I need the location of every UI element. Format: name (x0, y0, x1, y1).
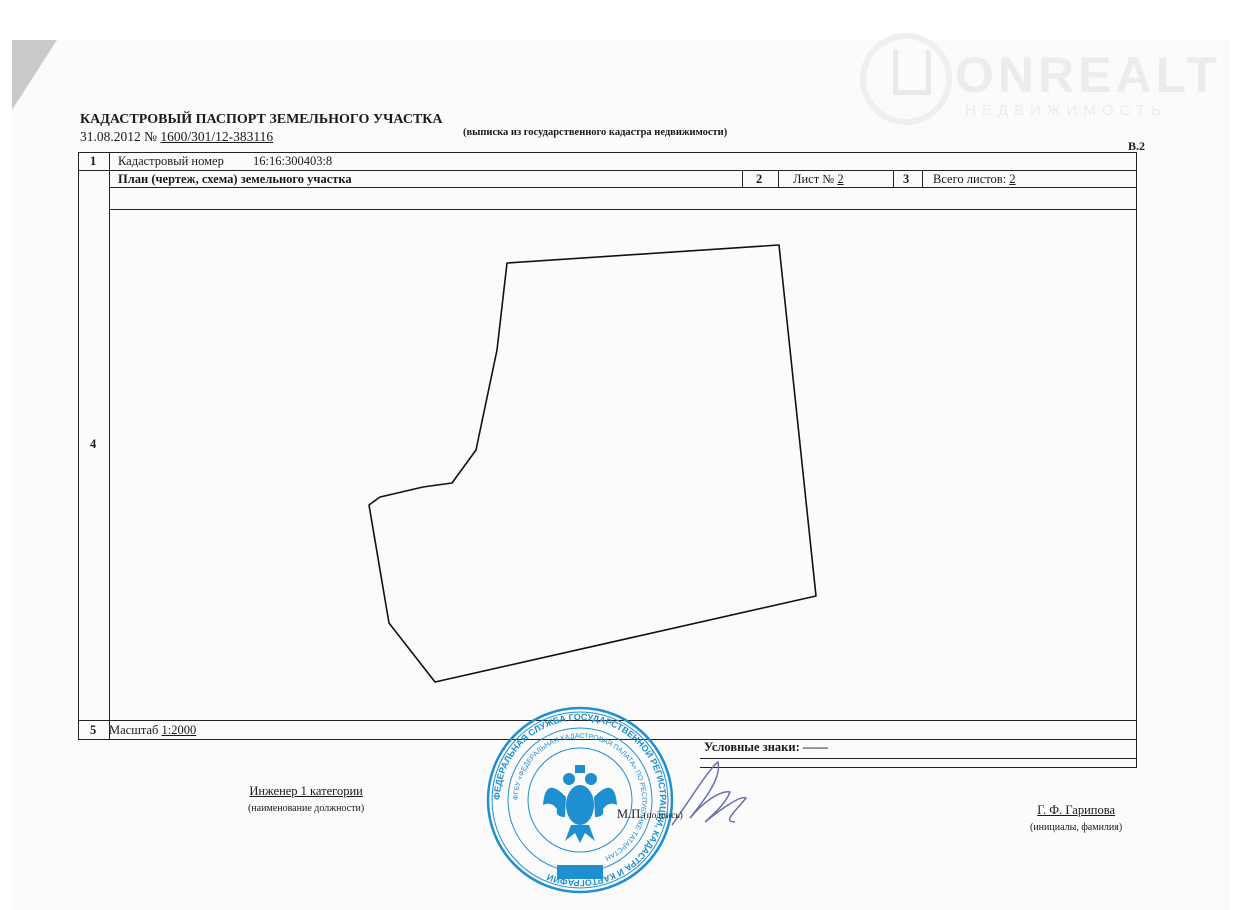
name-caption: (инициалы, фамилия) (1030, 822, 1122, 833)
seal-signature-label: М.П.(подпись) (617, 807, 683, 822)
signer-name: Г. Ф. Гарипова (1030, 803, 1122, 818)
handwritten-signature (0, 0, 1242, 910)
name-block: Г. Ф. Гарипова (инициалы, фамилия) (1030, 803, 1122, 833)
signature-caption: (подпись) (643, 811, 682, 821)
seal-label: М.П. (617, 807, 643, 821)
